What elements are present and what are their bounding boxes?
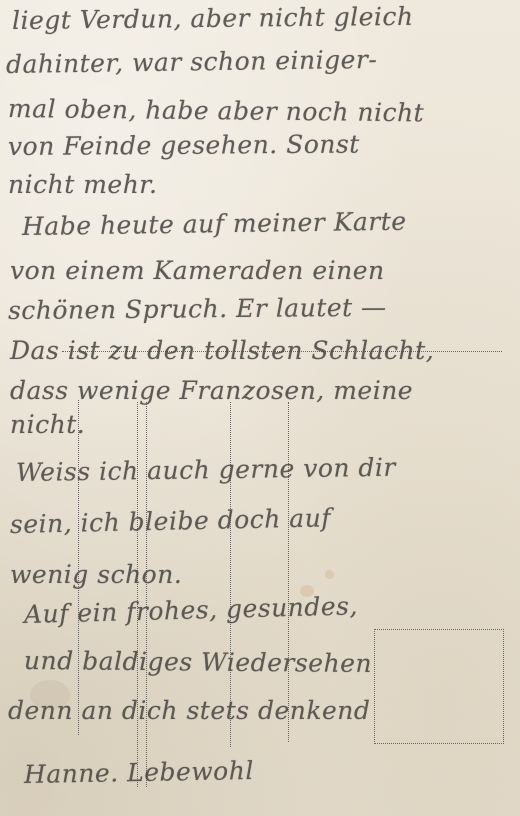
- handwritten-line: Auf ein frohes, gesundes,: [24, 591, 359, 629]
- handwritten-line: sein, ich bleibe doch auf: [10, 503, 332, 539]
- paper-stain: [325, 570, 334, 579]
- handwritten-line: von Feinde gesehen. Sonst: [8, 130, 360, 161]
- handwritten-line: schönen Spruch. Er lautet —: [8, 293, 387, 325]
- handwritten-line: Das ist zu den tollsten Schlacht,: [10, 336, 434, 365]
- handwritten-line: liegt Verdun, aber nicht gleich: [12, 2, 414, 35]
- handwritten-line: von einem Kameraden einen: [10, 256, 385, 285]
- stamp-placeholder-box: [374, 629, 504, 744]
- postcard-back: liegt Verdun, aber nicht gleich dahinter…: [0, 0, 520, 816]
- handwritten-line: denn an dich stets denkend: [8, 696, 370, 725]
- handwritten-line: Weiss ich auch gerne von dir: [16, 453, 396, 487]
- handwritten-line: mal oben, habe aber noch nicht: [8, 94, 424, 127]
- handwritten-line: nicht mehr.: [8, 170, 157, 199]
- handwritten-line: Habe heute auf meiner Karte: [22, 207, 407, 241]
- handwritten-line: und baldiges Wiedersehen: [24, 646, 372, 678]
- printed-address-line: [288, 402, 289, 742]
- handwritten-line: wenig schon.: [10, 560, 182, 589]
- handwritten-line: Hanne. Lebewohl: [24, 756, 254, 789]
- handwritten-line: dahinter, war schon einiger-: [6, 45, 378, 79]
- handwritten-line: dass wenige Franzosen, meine: [10, 376, 413, 405]
- handwritten-line: nicht.: [10, 410, 85, 439]
